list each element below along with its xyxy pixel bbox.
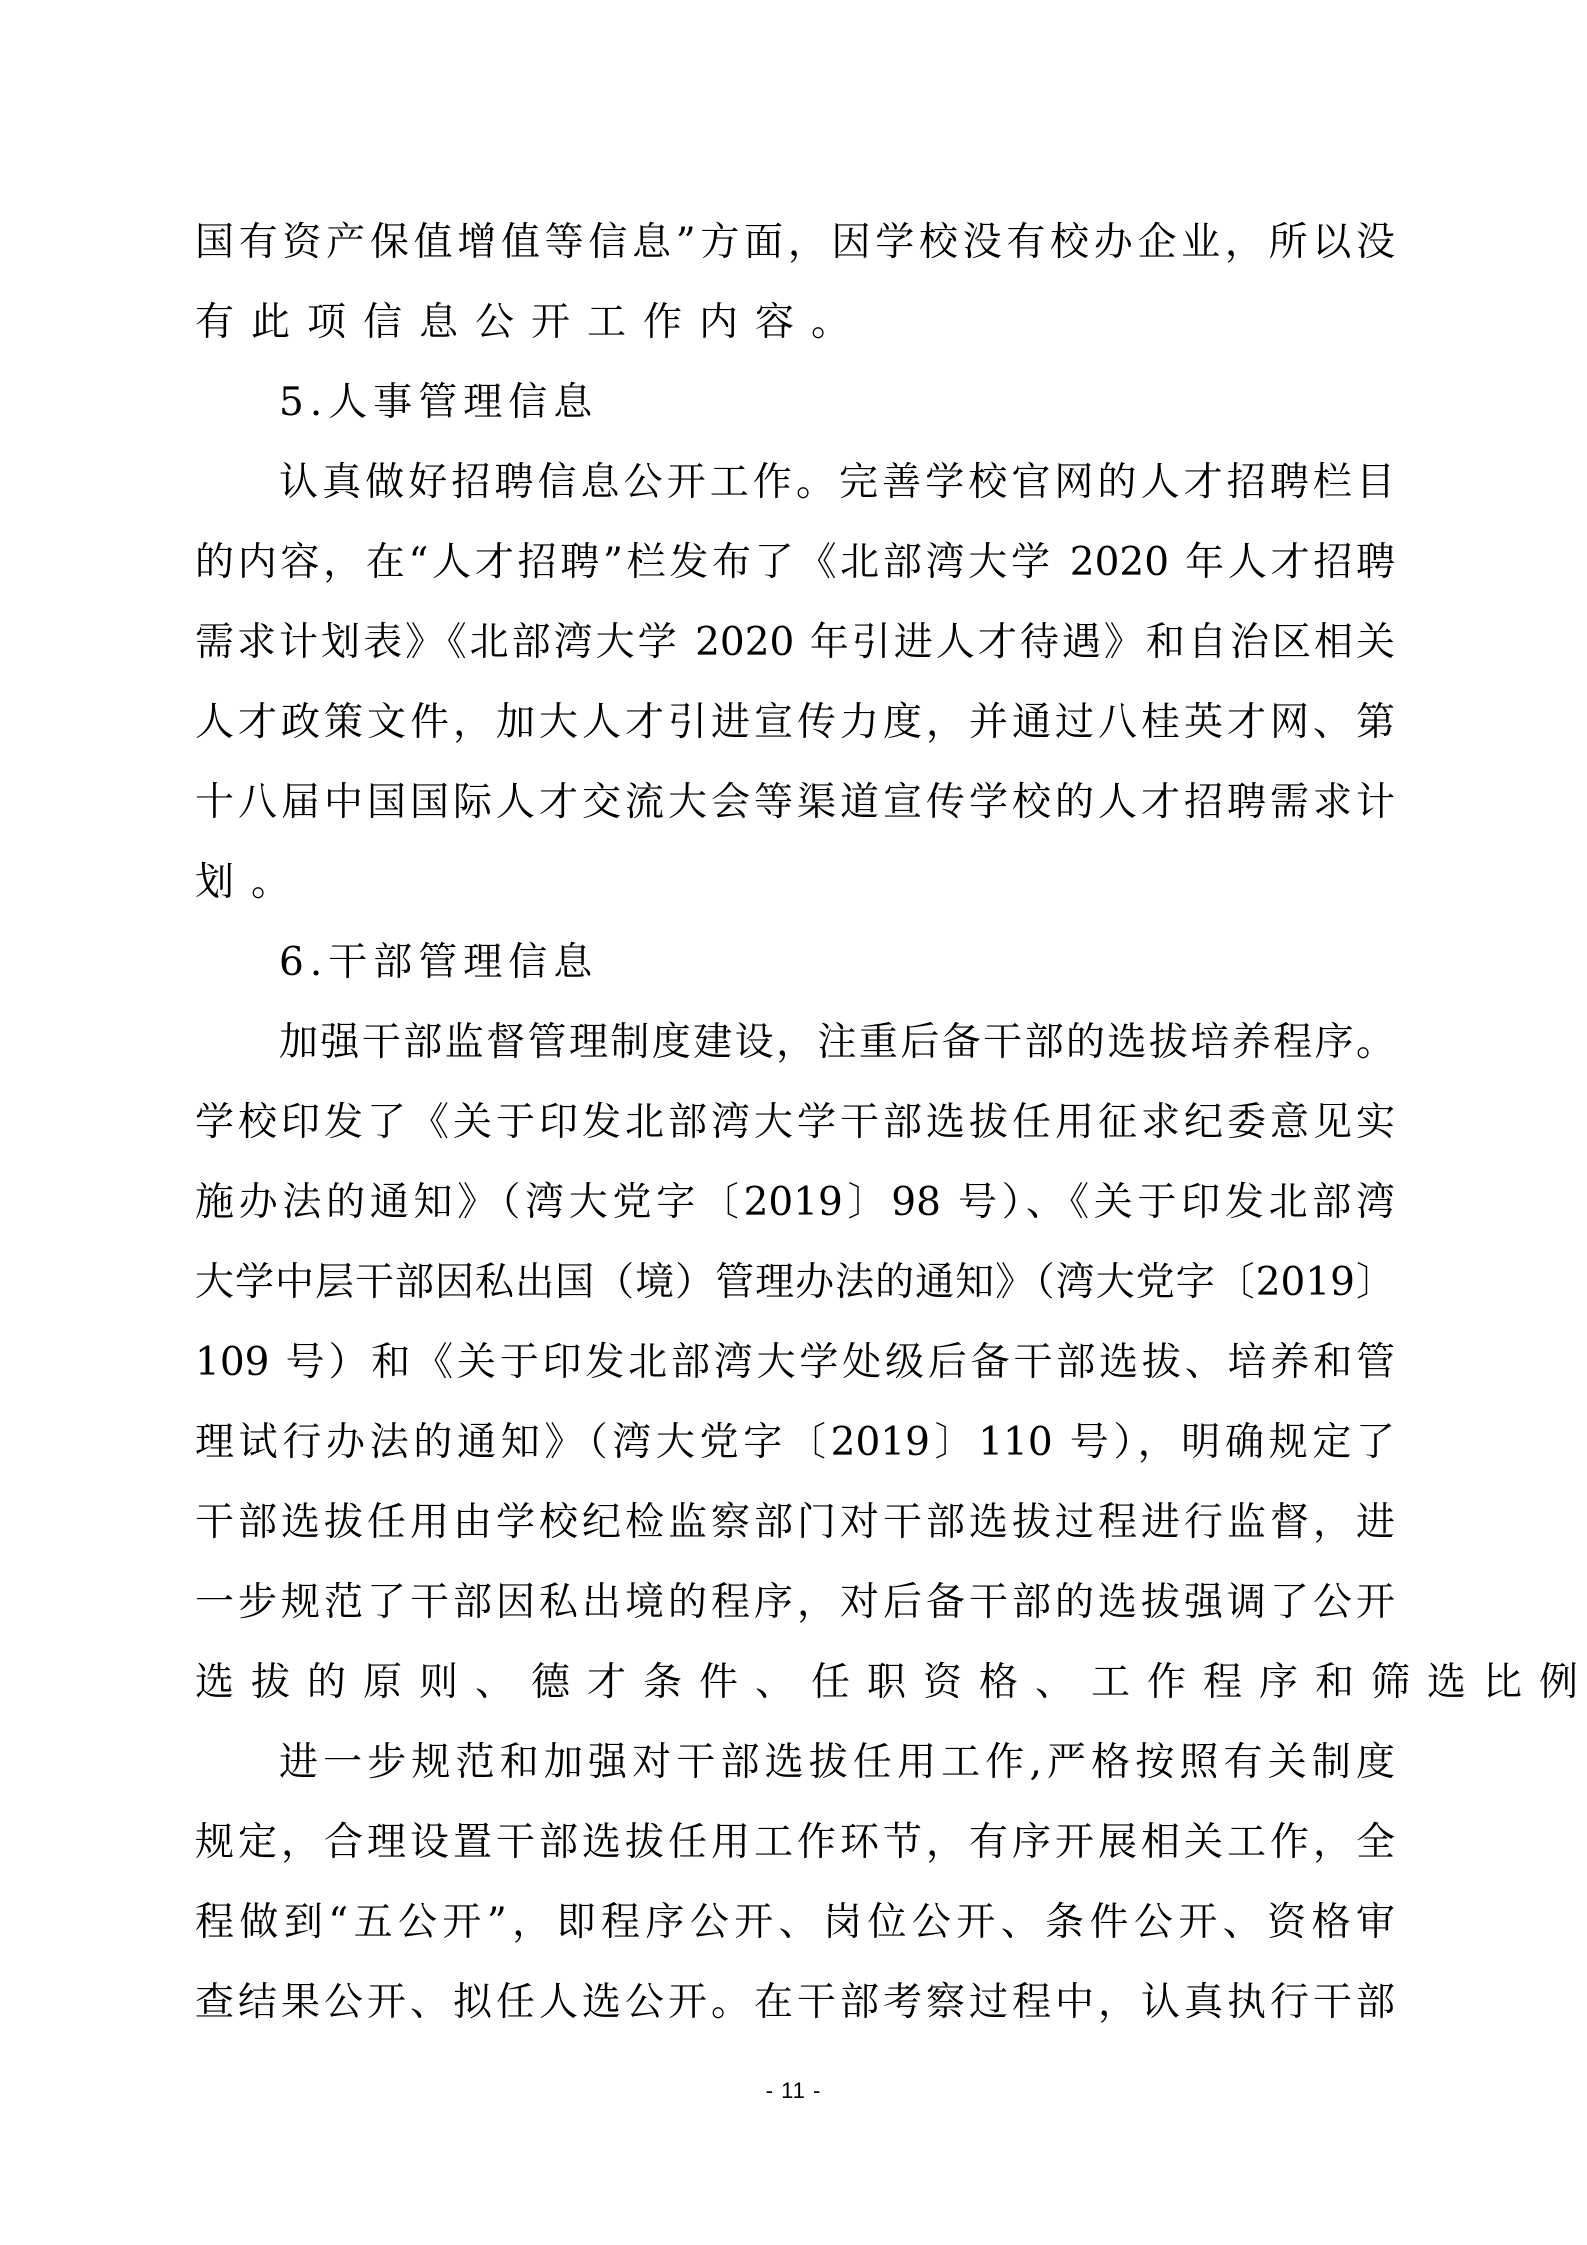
paragraph-line: 的内容，在“人才招聘”栏发布了《北部湾大学 2020 年人才招聘 bbox=[195, 523, 1395, 603]
document-body: 国有资产保值增值等信息”方面，因学校没有校办企业，所以没 有此项信息公开工作内容… bbox=[195, 203, 1395, 2043]
paragraph-line: 学校印发了《关于印发北部湾大学干部选拔任用征求纪委意见实 bbox=[195, 1083, 1395, 1163]
paragraph-line: 人才政策文件，加大人才引进宣传力度，并通过八桂英才网、第 bbox=[195, 683, 1395, 763]
paragraph-line: 规定，合理设置干部选拔任用工作环节，有序开展相关工作，全 bbox=[195, 1803, 1395, 1883]
paragraph-line: 程做到“五公开”，即程序公开、岗位公开、条件公开、资格审 bbox=[195, 1883, 1395, 1963]
paragraph-line: 需求计划表》《北部湾大学 2020 年引进人才待遇》和自治区相关 bbox=[195, 603, 1395, 683]
document-page: 国有资产保值增值等信息”方面，因学校没有校办企业，所以没 有此项信息公开工作内容… bbox=[0, 0, 1587, 2245]
paragraph-line: 一步规范了干部因私出境的程序，对后备干部的选拔强调了公开 bbox=[195, 1563, 1395, 1643]
paragraph-line: 进一步规范和加强对干部选拔任用工作,严格按照有关制度 bbox=[195, 1723, 1395, 1803]
paragraph-line: 查结果公开、拟任人选公开。在干部考察过程中，认真执行干部 bbox=[195, 1963, 1395, 2043]
section-heading-cadre: 6.干部管理信息 bbox=[195, 923, 1395, 1003]
paragraph-line: 加强干部监督管理制度建设，注重后备干部的选拔培养程序。 bbox=[195, 1003, 1395, 1083]
paragraph-line: 施办法的通知》（湾大党字〔2019〕98 号）、《关于印发北部湾 bbox=[195, 1163, 1395, 1243]
paragraph-line: 大学中层干部因私出国（境）管理办法的通知》（湾大党字〔2019〕 bbox=[195, 1243, 1395, 1323]
paragraph-line: 国有资产保值增值等信息”方面，因学校没有校办企业，所以没 bbox=[195, 203, 1395, 283]
section-heading-personnel: 5.人事管理信息 bbox=[195, 363, 1395, 443]
page-number: - 11 - bbox=[0, 2078, 1587, 2104]
paragraph-line: 理试行办法的通知》（湾大党字〔2019〕110 号），明确规定了 bbox=[195, 1403, 1395, 1483]
paragraph-line: 有此项信息公开工作内容。 bbox=[195, 283, 1395, 363]
paragraph-line: 十八届中国国际人才交流大会等渠道宣传学校的人才招聘需求计 bbox=[195, 763, 1395, 843]
paragraph-line: 干部选拔任用由学校纪检监察部门对干部选拔过程进行监督，进 bbox=[195, 1483, 1395, 1563]
paragraph-line: 划。 bbox=[195, 843, 1395, 923]
paragraph-line: 认真做好招聘信息公开工作。完善学校官网的人才招聘栏目 bbox=[195, 443, 1395, 523]
paragraph-line: 选拔的原则、德才条件、任职资格、工作程序和筛选比例等。 bbox=[195, 1643, 1395, 1723]
paragraph-line: 109 号）和《关于印发北部湾大学处级后备干部选拔、培养和管 bbox=[195, 1323, 1395, 1403]
